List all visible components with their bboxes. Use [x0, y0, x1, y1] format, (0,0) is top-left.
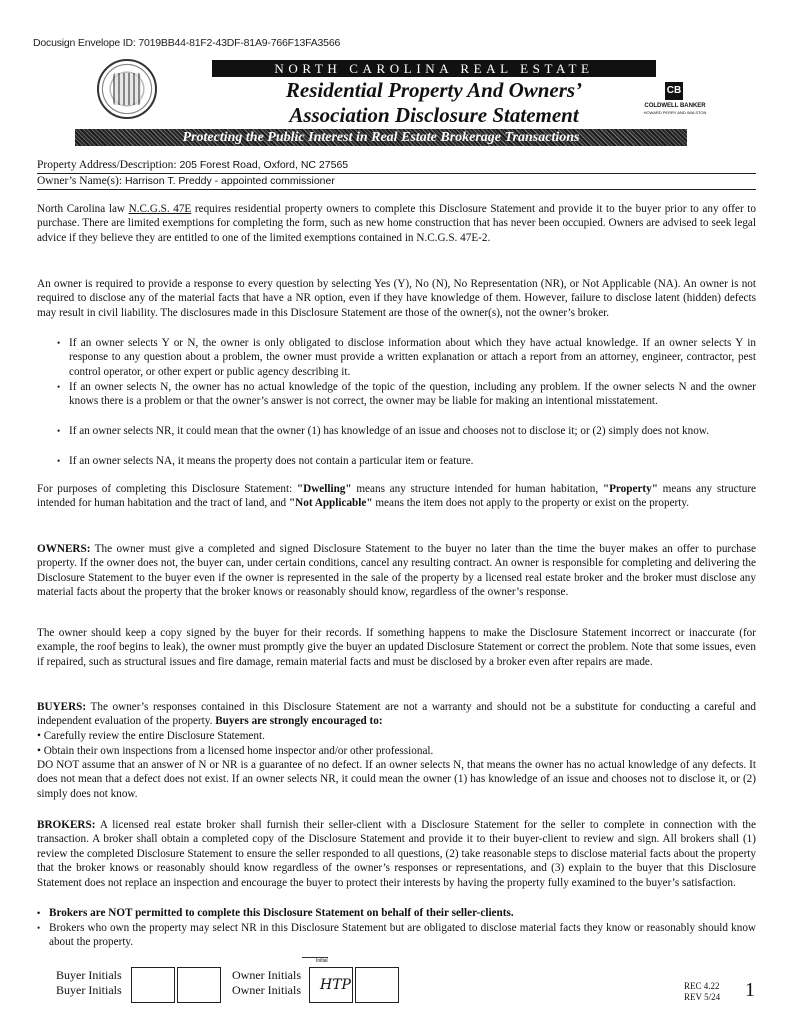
- owner-name-label: Owner’s Name(s):: [37, 175, 122, 187]
- owners-section: OWNERS: The owner must give a completed …: [37, 542, 756, 600]
- form-rev: REV 5/24: [684, 992, 720, 1003]
- buyer-initials-label-2: Buyer Initials: [56, 983, 122, 998]
- intro-text-a: North Carolina law: [37, 203, 129, 215]
- nc-state-seal-icon: [97, 59, 157, 119]
- bullet-no: If an owner selects N, the owner has no …: [57, 380, 756, 409]
- bullet-yes-no: If an owner selects Y or N, the owner is…: [57, 336, 756, 379]
- form-title-line2: Association Disclosure Statement: [212, 103, 656, 128]
- property-address-field[interactable]: Property Address/Description: 205 Forest…: [37, 158, 756, 174]
- coldwell-banker-name: COLDWELL BANKER: [638, 103, 712, 109]
- buyers-heading: BUYERS:: [37, 701, 86, 713]
- def-property: "Property": [603, 483, 658, 495]
- brokers-section: BROKERS: A licensed real estate broker s…: [37, 818, 756, 890]
- form-title-line1: Residential Property And Owners’: [212, 78, 656, 103]
- buyers-item-inspect: • Obtain their own inspections from a li…: [37, 744, 756, 758]
- buyers-section: BUYERS: The owner’s responses contained …: [37, 700, 756, 729]
- property-address-value: 205 Forest Road, Oxford, NC 27565: [179, 159, 348, 171]
- form-code: REC 4.22: [684, 981, 720, 992]
- bullet-na: If an owner selects NA, it means the pro…: [57, 454, 756, 468]
- owner-initials-signature: HTP: [320, 977, 351, 993]
- owner-initials-label-1: Owner Initials: [232, 968, 301, 983]
- owner-initials-box-1[interactable]: Initial HTP: [309, 967, 353, 1003]
- tagline-banner: Protecting the Public Interest in Real E…: [75, 129, 687, 146]
- definitions-paragraph: For purposes of completing this Disclosu…: [37, 482, 756, 511]
- owner-initials-box-2[interactable]: [355, 967, 399, 1003]
- bullet-nr: If an owner selects NR, it could mean th…: [57, 424, 756, 438]
- coldwell-banker-subtitle: HOWARD PERRY AND WALSTON: [638, 110, 712, 115]
- buyers-encouraged: Buyers are strongly encouraged to:: [215, 715, 382, 727]
- owners-records-paragraph: The owner should keep a copy signed by t…: [37, 626, 756, 669]
- response-options-paragraph: An owner is required to provide a respon…: [37, 277, 756, 320]
- def-text-a: For purposes of completing this Disclosu…: [37, 483, 297, 495]
- def-dwelling: "Dwelling": [297, 483, 352, 495]
- commission-name: NORTH CAROLINA REAL ESTATE COMMISSION: [212, 60, 656, 77]
- buyers-item-review: • Carefully review the entire Disclosure…: [37, 729, 756, 743]
- buyers-warning-paragraph: DO NOT assume that an answer of N or NR …: [37, 758, 756, 801]
- def-text-b: means any structure intended for human h…: [352, 483, 603, 495]
- owner-name-field[interactable]: Owner’s Name(s): Harrison T. Preddy - ap…: [37, 174, 756, 190]
- brokers-heading: BROKERS:: [37, 819, 95, 831]
- brokers-bullet-own-property: Brokers who own the property may select …: [37, 921, 756, 950]
- owner-initials-label-2: Owner Initials: [232, 983, 301, 998]
- docusign-envelope-id: Docusign Envelope ID: 7019BB44-81F2-43DF…: [33, 37, 340, 49]
- brokers-bullet-not-permitted: Brokers are NOT permitted to complete th…: [37, 906, 756, 920]
- form-revision: REC 4.22 REV 5/24: [684, 981, 720, 1003]
- property-address-label: Property Address/Description:: [37, 159, 177, 171]
- buyer-initials-box-2[interactable]: [177, 967, 221, 1003]
- buyer-initials-label-1: Buyer Initials: [56, 968, 122, 983]
- def-text-d: means the item does not apply to the pro…: [373, 497, 690, 509]
- coldwell-banker-logo-icon: CB: [665, 82, 683, 100]
- buyers-text: The owner’s responses contained in this …: [37, 701, 756, 727]
- def-not-applicable: "Not Applicable": [289, 497, 373, 509]
- buyer-initials-box-1[interactable]: [131, 967, 175, 1003]
- owner-name-value: Harrison T. Preddy - appointed commissio…: [125, 175, 335, 187]
- statute-link[interactable]: N.C.G.S. 47E: [129, 203, 192, 215]
- intro-paragraph: North Carolina law N.C.G.S. 47E requires…: [37, 202, 756, 245]
- owners-heading: OWNERS:: [37, 543, 90, 555]
- brokers-text: A licensed real estate broker shall furn…: [37, 819, 756, 889]
- owners-text: The owner must give a completed and sign…: [37, 543, 756, 598]
- page-number: 1: [745, 979, 755, 1002]
- initial-tag: Initial: [302, 957, 328, 964]
